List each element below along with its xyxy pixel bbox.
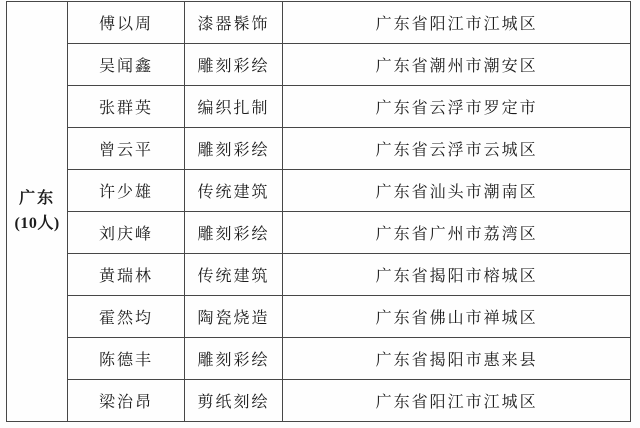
name-cell: 曾云平 <box>68 128 185 170</box>
location-cell: 广东省云浮市罗定市 <box>283 86 631 128</box>
location-cell: 广东省揭阳市惠来县 <box>283 338 631 380</box>
craft-cell: 陶瓷烧造 <box>184 296 282 338</box>
location-cell: 广东省阳江市江城区 <box>283 2 631 44</box>
province-count: (10人) <box>7 212 67 237</box>
name-cell: 陈德丰 <box>68 338 185 380</box>
province-name: 广东 <box>7 187 67 212</box>
name-cell: 黄瑞林 <box>68 254 185 296</box>
craft-cell: 剪纸刻绘 <box>184 380 282 422</box>
craft-cell: 传统建筑 <box>184 170 282 212</box>
table-row: 吴闻鑫 雕刻彩绘 广东省潮州市潮安区 <box>7 44 631 86</box>
table-row: 陈德丰 雕刻彩绘 广东省揭阳市惠来县 <box>7 338 631 380</box>
province-cell: 广东 (10人) <box>7 2 68 422</box>
craftspeople-table: 广东 (10人) 傅以周 漆器髹饰 广东省阳江市江城区 吴闻鑫 雕刻彩绘 广东省… <box>6 1 631 422</box>
document-page: 广东 (10人) 傅以周 漆器髹饰 广东省阳江市江城区 吴闻鑫 雕刻彩绘 广东省… <box>0 0 640 428</box>
table-row: 梁治昂 剪纸刻绘 广东省阳江市江城区 <box>7 380 631 422</box>
craft-cell: 雕刻彩绘 <box>184 128 282 170</box>
location-cell: 广东省揭阳市榕城区 <box>283 254 631 296</box>
table-row: 霍然均 陶瓷烧造 广东省佛山市禅城区 <box>7 296 631 338</box>
table-row: 黄瑞林 传统建筑 广东省揭阳市榕城区 <box>7 254 631 296</box>
table-row: 广东 (10人) 傅以周 漆器髹饰 广东省阳江市江城区 <box>7 2 631 44</box>
location-cell: 广东省广州市荔湾区 <box>283 212 631 254</box>
location-cell: 广东省佛山市禅城区 <box>283 296 631 338</box>
craft-cell: 编织扎制 <box>184 86 282 128</box>
name-cell: 梁治昂 <box>68 380 185 422</box>
craft-cell: 雕刻彩绘 <box>184 212 282 254</box>
craft-cell: 漆器髹饰 <box>184 2 282 44</box>
craft-cell: 传统建筑 <box>184 254 282 296</box>
table-row: 刘庆峰 雕刻彩绘 广东省广州市荔湾区 <box>7 212 631 254</box>
location-cell: 广东省阳江市江城区 <box>283 380 631 422</box>
location-cell: 广东省汕头市潮南区 <box>283 170 631 212</box>
name-cell: 霍然均 <box>68 296 185 338</box>
location-cell: 广东省云浮市云城区 <box>283 128 631 170</box>
name-cell: 吴闻鑫 <box>68 44 185 86</box>
table-row: 曾云平 雕刻彩绘 广东省云浮市云城区 <box>7 128 631 170</box>
name-cell: 傅以周 <box>68 2 185 44</box>
craft-cell: 雕刻彩绘 <box>184 338 282 380</box>
table-row: 许少雄 传统建筑 广东省汕头市潮南区 <box>7 170 631 212</box>
location-cell: 广东省潮州市潮安区 <box>283 44 631 86</box>
craft-cell: 雕刻彩绘 <box>184 44 282 86</box>
table-row: 张群英 编织扎制 广东省云浮市罗定市 <box>7 86 631 128</box>
name-cell: 张群英 <box>68 86 185 128</box>
name-cell: 刘庆峰 <box>68 212 185 254</box>
name-cell: 许少雄 <box>68 170 185 212</box>
